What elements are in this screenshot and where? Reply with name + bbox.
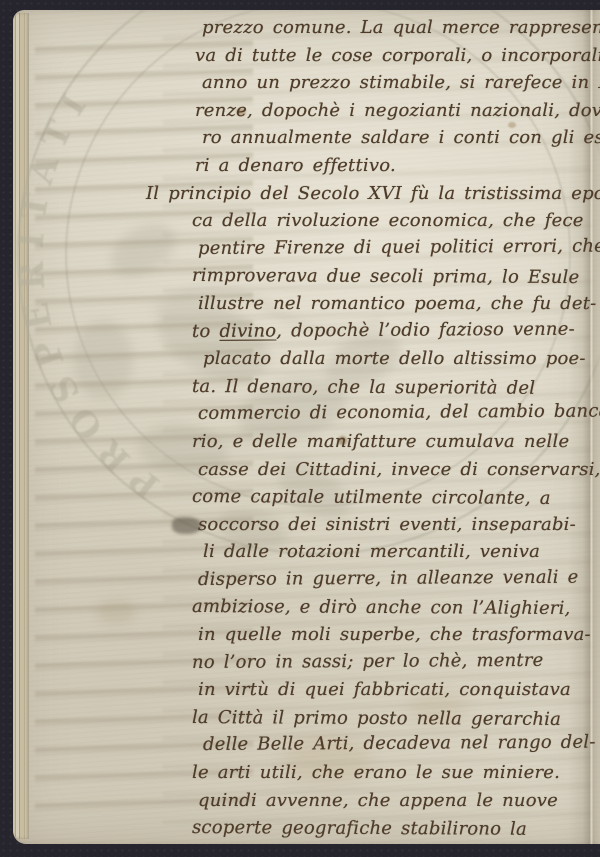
manuscript-line: delle Belle Arti, decadeva nel rango del…: [203, 729, 600, 759]
manuscript-line: anno un prezzo stimabile, si rarefece in…: [202, 69, 600, 97]
manuscript-text: prezzo comune. La qual merce rappresenta…: [188, 14, 600, 842]
manuscript-line: rimproverava due secoli prima, lo Esule: [192, 262, 600, 292]
paragraph: prezzo comune. La qual merce rappresenta…: [188, 14, 600, 180]
manuscript-line: rio, e delle manifatture cumulava nelle: [192, 428, 600, 456]
manuscript-line: prezzo comune. La qual merce rappresenta…: [202, 14, 600, 42]
underlined-word: divino: [219, 320, 276, 341]
manuscript-line: renze, dopochè i negozianti nazionali, d…: [195, 97, 600, 125]
manuscript-line: pentire Firenze di quei politici errori,…: [198, 232, 600, 262]
manuscript-line: li dalle rotazioni mercantili, veniva: [203, 538, 600, 566]
manuscript-line: casse dei Cittadini, invece di conservar…: [198, 456, 600, 484]
manuscript-line: placato dalla morte dello altissimo poe-: [203, 345, 600, 373]
manuscript-line: illustre nel romantico poema, che fu det…: [198, 290, 600, 318]
manuscript-line: va di tutte le cose corporali, o incorpo…: [195, 42, 600, 70]
manuscript-line: ambiziose, e dirò anche con l’Alighieri,: [192, 593, 600, 623]
manuscript-line: le arti utili, che erano le sue miniere.: [192, 759, 600, 787]
manuscript-line: to divino, dopochè l’odio fazioso venne-: [192, 315, 600, 345]
manuscript-line: ri a denaro effettivo.: [195, 152, 600, 180]
manuscript-line: Il principio del Secolo XVI fù la tristi…: [146, 180, 600, 208]
manuscript-line: scoperte geografiche stabilirono la: [192, 814, 600, 844]
stamp-motto: PROSPERITATI: [13, 78, 167, 506]
manuscript-line: soccorso dei sinistri eventi, inseparabi…: [198, 511, 600, 539]
manuscript-line: no l’oro in sassi; per lo chè, mentre: [192, 646, 600, 676]
manuscript-line: in virtù di quei fabbricati, conquistava: [198, 676, 600, 704]
manuscript-line: commercio di economia, del cambio banca-: [198, 398, 600, 428]
manuscript-line: quindi avvenne, che appena le nuove: [198, 787, 600, 815]
manuscript-line: come capitale utilmente circolante, a: [192, 483, 600, 513]
manuscript-line: ro annualmente saldare i conti con gli e…: [202, 124, 600, 152]
manuscript-line: disperso in guerre, in alleanze venali e: [198, 563, 600, 593]
photo-backdrop: PROSPERITATI prezzo comune. La qual merc…: [0, 0, 600, 857]
paragraph: Il principio del Secolo XVI fù la tristi…: [188, 180, 600, 842]
manuscript-line: in quelle moli superbe, che trasformava-: [198, 621, 600, 649]
book-page-edges: [13, 13, 29, 839]
manuscript-page: PROSPERITATI prezzo comune. La qual merc…: [13, 10, 600, 844]
manuscript-line: ca della rivoluzione economica, che fece: [192, 207, 600, 235]
stain: [96, 600, 136, 624]
stamp-motto-text: PROSPERITATI: [13, 78, 167, 506]
